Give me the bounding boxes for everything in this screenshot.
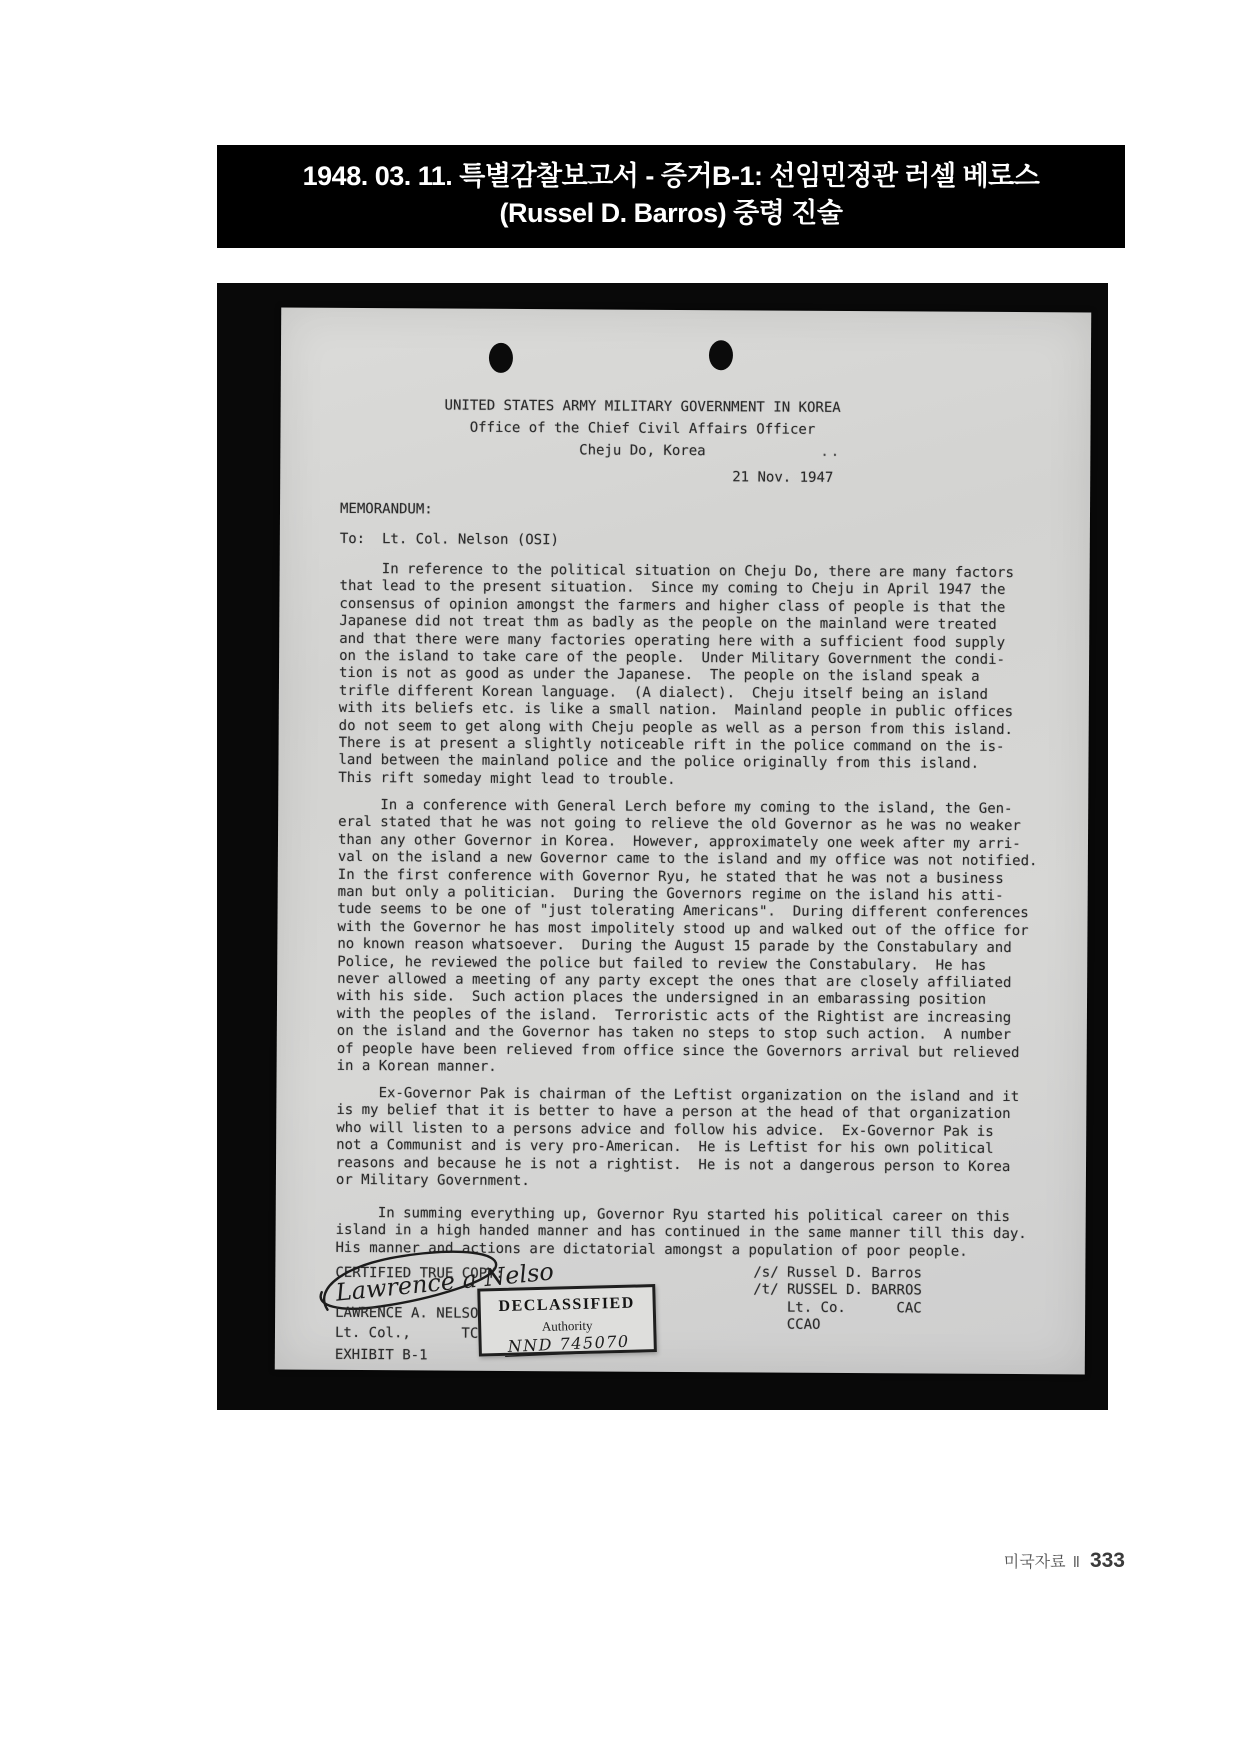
to-line: To: Lt. Col. Nelson (OSI) (340, 531, 559, 548)
declassified-stamp-authority: AuthorityNND 745070 (481, 1316, 654, 1356)
signer-block: /s/ Russel D. Barros /t/ RUSSEL D. BARRO… (753, 1264, 922, 1335)
document-photo: UNITED STATES ARMY MILITARY GOVERNMENT I… (217, 283, 1108, 1410)
paragraph-1: In reference to the political situation … (338, 561, 1014, 791)
letterhead-office: Office of the Chief Civil Affairs Office… (392, 416, 892, 441)
book-page: 1948. 03. 11. 특별감찰보고서 - 증거B-1: 선임민정관 러셀 … (0, 0, 1240, 1755)
exhibit-label: EXHIBIT B-1 (335, 1347, 428, 1364)
paragraph-3: Ex-Governor Pak is chairman of the Lefti… (336, 1085, 1019, 1194)
authority-number-handwritten: NND 745070 (504, 1331, 635, 1357)
punch-hole-right-icon (709, 340, 733, 370)
title-banner: 1948. 03. 11. 특별감찰보고서 - 증거B-1: 선임민정관 러셀 … (217, 145, 1125, 248)
certifier-rank-line: Lt. Col., TC (335, 1325, 478, 1343)
footer-volume-numeral: Ⅱ (1073, 1554, 1080, 1571)
certifier-name: LAWRENCE A. NELSON (335, 1305, 487, 1322)
letterhead: UNITED STATES ARMY MILITARY GOVERNMENT I… (392, 394, 892, 463)
scanned-memo-paper: UNITED STATES ARMY MILITARY GOVERNMENT I… (275, 308, 1091, 1375)
title-line-2: (Russel D. Barros) 중령 진술 (217, 195, 1125, 232)
page-footer: 미국자료Ⅱ333 (900, 1549, 1125, 1573)
date-line: 21 Nov. 1947 (732, 469, 833, 486)
title-line-1: 1948. 03. 11. 특별감찰보고서 - 증거B-1: 선임민정관 러셀 … (217, 158, 1125, 195)
declassified-stamp: DECLASSIFIED AuthorityNND 745070 (477, 1284, 657, 1356)
declassified-stamp-title: DECLASSIFIED (480, 1294, 652, 1316)
paragraph-2: In a conference with General Lerch befor… (337, 797, 1038, 1080)
footer-page-number: 333 (1090, 1549, 1125, 1572)
punch-hole-left-icon (489, 343, 513, 373)
letterhead-org: UNITED STATES ARMY MILITARY GOVERNMENT I… (393, 394, 893, 419)
stray-mark: .. (820, 444, 841, 460)
letterhead-location: Cheju Do, Korea (392, 438, 892, 463)
authority-label: Authority (542, 1318, 593, 1334)
memo-label: MEMORANDUM: (340, 501, 433, 518)
footer-source-label: 미국자료 (1004, 1554, 1066, 1571)
